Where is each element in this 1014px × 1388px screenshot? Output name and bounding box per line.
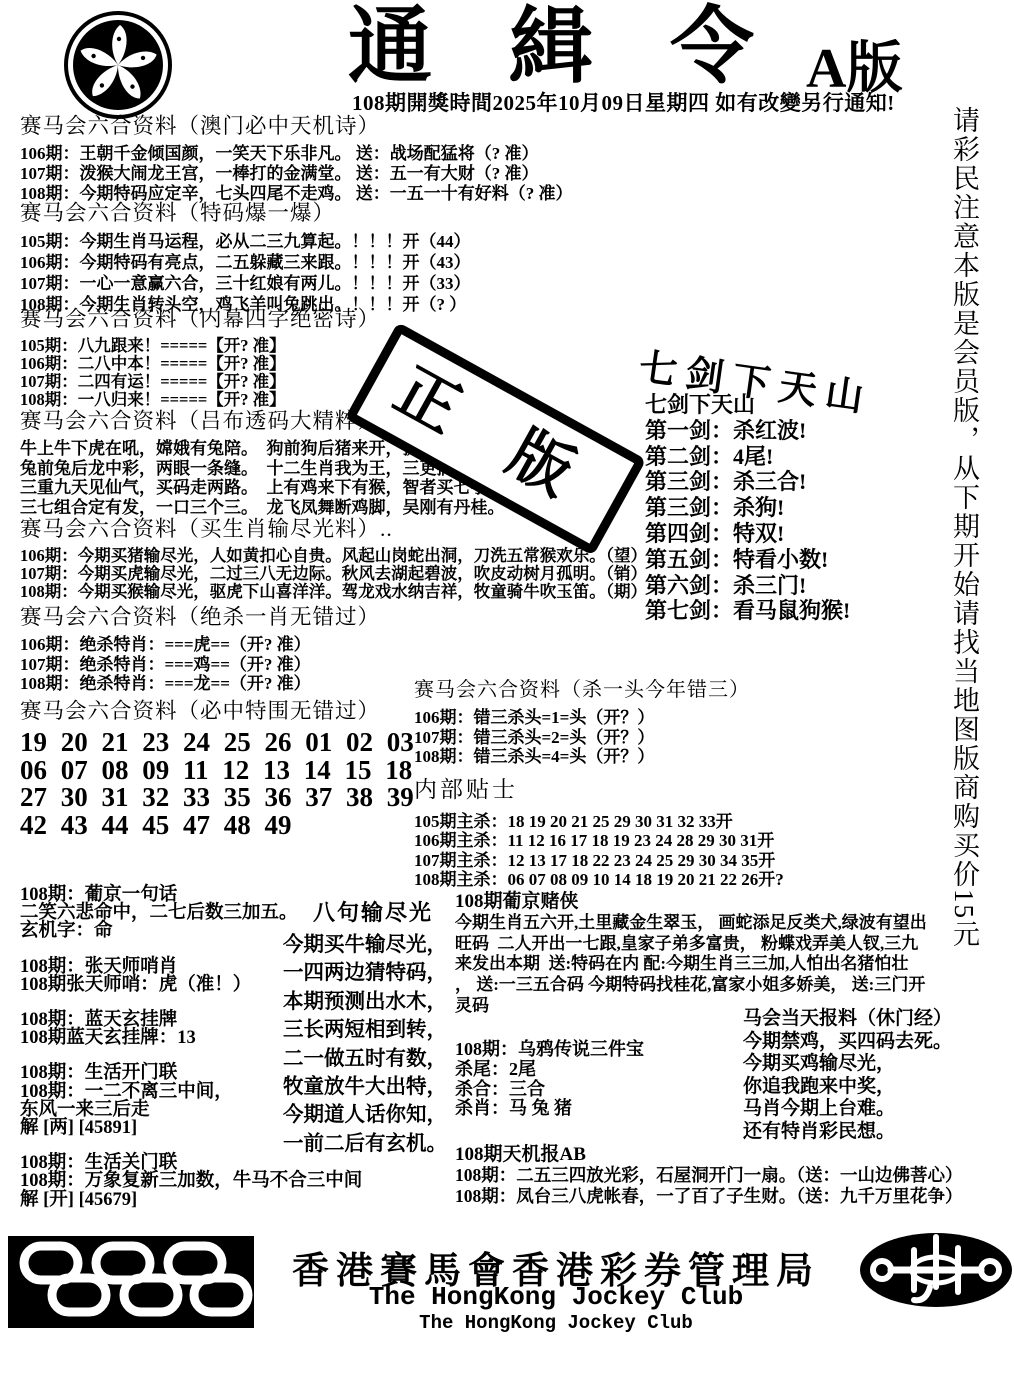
verse-line: 107期：今期买虎输尽光，二过三八无边际。秋风去湖起碧波，吹皮动树月孤明。（销） [20,565,647,583]
verse-line: 106期：今期买猪输尽光，人如黄扣心自贵。风起山岗蛇出洞，刀洗五常猴欢乐。（望） [20,547,647,565]
verse-line: 牧童放牛大出特， [283,1073,463,1101]
verse-line: 107期：错三杀头=2=头（开？） [414,728,784,748]
footer-en-subtitle: The HongKong Jockey Club [256,1312,856,1334]
verse-line: 108期：错三杀头=4=头（开？） [414,747,784,767]
oval-seal-icon [858,1232,1014,1312]
verses-title: 八句输尽光 [283,896,463,927]
sword-line: 第三剑：杀狗! [645,495,850,521]
seven-swords-list: 七剑下天山 第一剑：杀红波! 第二剑：4尾! 第三剑：杀三合! 第三剑：杀狗! … [645,392,850,624]
lottery-newspaper-page: 通 緝 令 A版 108期開獎時間2025年10月09日星期四 如有改變另行通知… [0,0,1014,1388]
daily-line: 还有特肖彩民想。 [743,1121,952,1144]
tianji-report-block: 108期天机报AB 108期：二五三四放光彩，石屋洞开门一扇。（送：一山边佛菩心… [455,1144,963,1207]
section-header: 赛马会六合资料（杀一头今年错三） [414,678,784,703]
verse-line: 今期道人话你知， [283,1101,463,1129]
verse-line: 二一做五时有数， [283,1045,463,1073]
section-macau-tianji-poem: 赛马会六合资料（澳门必中天机诗） 106期：王朝千金倾国颜，一笑天下乐非凡。 送… [20,114,573,204]
pujing-line: 旺码 二人开出一七跟,皇家子弟多富贵， 粉蝶戏弄美人钗,三九 [455,934,927,955]
verse-line: 一四两边猜特码， [283,959,463,987]
pujing-gambler-block: 108期葡京赌侠 今期生肖五六开,土里藏金生翠玉， 画蛇添足反类犬,绿波有望出 … [455,892,927,1017]
page-title: 通 緝 令 [348,8,782,88]
info-block-life-closing-couplet: 108期：生活关门联 108期：万象复新三加数，牛马不合三中间 解 [开] [4… [20,1154,362,1209]
numbers-row: 06 07 08 09 11 12 13 14 15 18 [20,757,414,785]
verse-line: 108期：一八归来！=====【开? 准】 [20,391,380,409]
bauhinia-seal-icon [62,10,174,120]
sword-line: 第六剑：杀三门! [645,573,850,599]
verse-line: 106期：今期特码有亮点，二五躲藏三来跟。！！！开（43） [20,252,471,273]
section-header: 赛马会六合资料（澳门必中天机诗） [20,114,573,139]
pujing-line: ， 送:一三五合码 今期特码找桂花,富家小姐多娇美， 送:三门开 [455,975,927,996]
section-header: 赛马会六合资料（绝杀一肖无错过） [20,605,380,630]
tianji-line: 108期：凤台三八虎帐春，一了百了子生财。（送：九千万里花争） [455,1186,963,1207]
block-line: 108期：万象复新三加数，牛马不合三中间 [20,1172,362,1190]
crow-line: 108期：乌鸦传说三件宝 [455,1040,644,1060]
verse-line: 107期：绝杀特肖：===鸡==（开? 准） [20,655,380,675]
draw-date-line: 108期開獎時間2025年10月09日星期四 如有改變另行通知! [352,87,895,117]
crow-line: 杀合：三合 [455,1080,644,1100]
section-special-code-burst: 赛马会六合资料（特码爆一爆） 105期：今期生肖马运程，必从二三九算起。！！！开… [20,201,471,315]
verse-line: 108期：今期买猴输尽光，驱虎下山喜洋洋。驾龙戏水纳吉祥，牧童骑牛吹玉笛。（期） [20,583,647,601]
verse-line: 三七组合定有发，一口三个三。 龙飞凤舞断鸡脚，吴刚有丹桂。 [20,498,505,518]
verse-line: 三重九天见仙气，买码走两路。 上有鸡来下有猴，智者买七字。 [20,478,505,498]
section-header: 赛马会六合资料（必中特围无错过） [20,699,414,724]
pujing-line: 今期生肖五六开,土里藏金生翠玉， 画蛇添足反类犬,绿波有望出 [455,913,927,934]
tips-line: 106期主杀：11 12 16 17 18 19 23 24 28 29 30 … [414,831,784,851]
verse-line: 本期预测出水木， [283,988,463,1016]
daily-tip-block: 马会当天报料（休门经） 今期禁鸡，买四码去死。 今期买鸡输尽光， 你追我跑来中奖… [743,1008,952,1144]
tianji-title: 108期天机报AB [455,1144,963,1165]
verse-line: 105期：八九跟来！=====【开? 准】 [20,337,380,355]
section-header: 赛马会六合资料（特码爆一爆） [20,201,471,226]
jockey-club-chain-logo [8,1236,254,1328]
numbers-row: 42 43 44 45 47 48 49 [20,812,414,840]
section-kill-one-head: 赛马会六合资料（杀一头今年错三） 106期：错三杀头=1=头（开？） 107期：… [414,678,784,890]
verse-line: 107期：二四有运！=====【开? 准】 [20,373,380,391]
section-four-char-secret-poem: 赛马会六合资料（内幕四字绝密诗） 105期：八九跟来！=====【开? 准】 1… [20,307,380,409]
sword-line: 第五剑：特看小数! [645,547,850,573]
verse-line: 107期：泼猴大闹龙王宫，一棒打的金满堂。 送：五一有大财（? 准） [20,164,573,184]
verse-line: 106期：王朝千金倾国颜，一笑天下乐非凡。 送：战场配猛将（? 准） [20,144,573,164]
sword-line: 第三剑：杀三合! [645,469,850,495]
daily-line: 今期禁鸡，买四码去死。 [743,1031,952,1054]
section-header: 赛马会六合资料（内幕四字绝密诗） [20,307,380,332]
block-line: 解 [开] [45679] [20,1191,362,1209]
eight-verses-column: 八句输尽光 今期买牛输尽光， 一四两边猜特码， 本期预测出水木， 三长两短相到转… [283,896,463,1158]
crow-legend-block: 108期：乌鸦传说三件宝 杀尾：2尾 杀合：三合 杀肖：马 兔 猪 [455,1040,644,1119]
pujing-title: 108期葡京赌侠 [455,892,927,913]
verse-line: 106期：错三杀头=1=头（开？） [414,708,784,728]
numbers-row: 27 30 31 32 33 35 36 37 38 39 [20,784,414,812]
sword-line: 第四剑：特双! [645,521,850,547]
daily-line: 马肖今期上台难。 [743,1098,952,1121]
footer-en-title: The HongKong Jockey Club [256,1282,856,1312]
tianji-line: 108期：二五三四放光彩，石屋洞开门一扇。（送：一山边佛菩心） [455,1165,963,1186]
verse-line: 108期：绝杀特肖：===龙==（开? 准） [20,674,380,694]
verse-line: 106期：二八中本！=====【开? 准】 [20,355,380,373]
sword-line: 七剑下天山 [645,392,850,418]
daily-line: 你追我跑来中奖， [743,1076,952,1099]
section-absolute-kill-zodiac: 赛马会六合资料（绝杀一肖无错过） 106期：绝杀特肖：===虎==（开? 准） … [20,605,380,694]
daily-line: 马会当天报料（休门经） [743,1008,952,1031]
sword-line: 第七剑：看马鼠狗猴! [645,598,850,624]
tips-line: 105期主杀：18 19 20 21 25 29 30 31 32 33开 [414,812,784,832]
sword-line: 第一剑：杀红波! [645,418,850,444]
sword-line: 第二剑：4尾! [645,444,850,470]
numbers-row: 19 20 21 23 24 25 26 01 02 03 [20,729,414,757]
crow-line: 杀肖：马 兔 猪 [455,1099,644,1119]
verse-line: 三长两短相到转， [283,1016,463,1044]
verse-line: 一前二后有玄机。 [283,1130,463,1158]
tips-line: 108期主杀：06 07 08 09 10 14 18 19 20 21 22 … [414,870,784,890]
verse-line: 106期：绝杀特肖：===虎==（开? 准） [20,635,380,655]
section-must-hit-number-range: 赛马会六合资料（必中特围无错过） 19 20 21 23 24 25 26 01… [20,699,414,839]
verse-line: 107期：一心一意赢六合，三十红娘有两儿。！！！开（33） [20,273,471,294]
vertical-member-notice: 请彩民注意本版是会员版，从下期开始请找当地图版商购买价15元 [945,106,984,891]
tips-line: 107期主杀：12 13 17 18 22 23 24 25 29 30 34 … [414,851,784,871]
verse-line: 今期买牛输尽光， [283,931,463,959]
crow-line: 杀尾：2尾 [455,1060,644,1080]
pujing-line: 来发出本期 送:特码在内 配:今期生肖三三加,人怕出名猪怕壮 [455,954,927,975]
verse-line: 105期：今期生肖马运程，必从二三九算起。！！！开（44） [20,231,471,252]
daily-line: 今期买鸡输尽光， [743,1053,952,1076]
insider-tips-title: 内部贴士 [414,771,784,804]
